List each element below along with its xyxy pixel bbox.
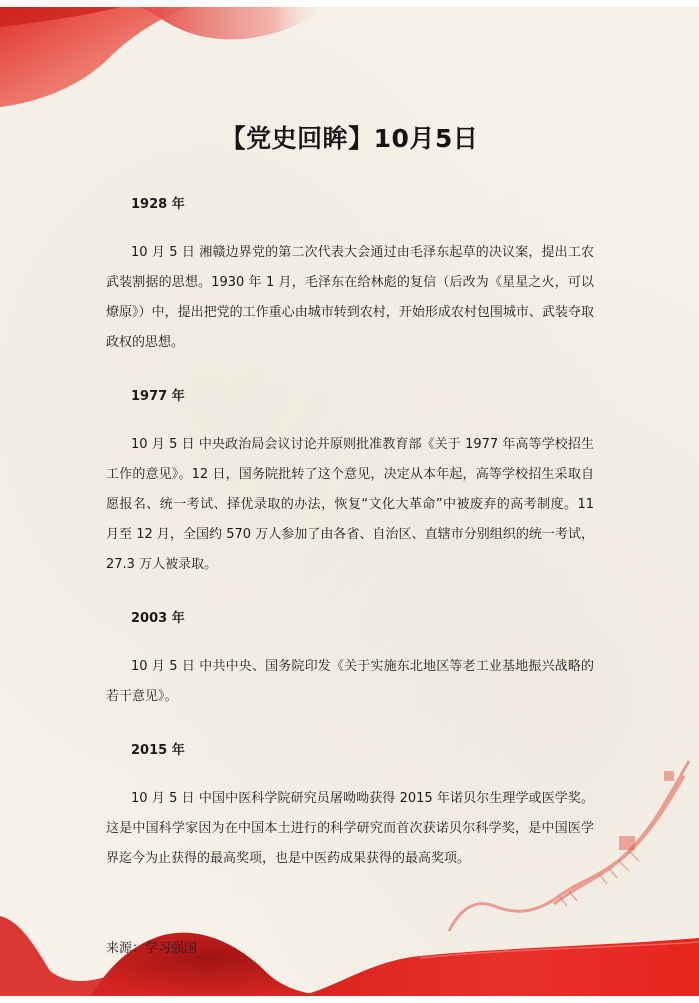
year-heading: 1928 年 xyxy=(106,190,594,220)
source-credit: 来源：学习强国 xyxy=(106,937,197,956)
section-1928: 1928 年 10 月 5 日 湘赣边界党的第二次代表大会通过由毛泽东起草的决议… xyxy=(106,190,594,358)
event-paragraph: 10 月 5 日 湘赣边界党的第二次代表大会通过由毛泽东起草的决议案，提出工农武… xyxy=(106,238,594,358)
article-body: 1928 年 10 月 5 日 湘赣边界党的第二次代表大会通过由毛泽东起草的决议… xyxy=(106,190,594,874)
red-ribbon-top-decoration xyxy=(0,7,699,127)
event-paragraph: 10 月 5 日 中共中央、国务院印发《关于实施东北地区等老工业基地振兴战略的若… xyxy=(106,652,594,712)
section-2003: 2003 年 10 月 5 日 中共中央、国务院印发《关于实施东北地区等老工业基… xyxy=(106,604,594,712)
event-paragraph: 10 月 5 日 中国中医科学院研究员屠呦呦获得 2015 年诺贝尔生理学或医学… xyxy=(106,784,594,874)
section-1977: 1977 年 10 月 5 日 中央政治局会议讨论并原则批准教育部《关于 197… xyxy=(106,382,594,580)
year-heading: 2003 年 xyxy=(106,604,594,634)
event-paragraph: 10 月 5 日 中央政治局会议讨论并原则批准教育部《关于 1977 年高等学校… xyxy=(106,430,594,580)
year-heading: 2015 年 xyxy=(106,736,594,766)
document-page: 【党史回眸】10月5日 1928 年 10 月 5 日 湘赣边界党的第二次代表大… xyxy=(0,7,699,996)
red-ribbon-bottom-decoration xyxy=(0,876,699,996)
page-title: 【党史回眸】10月5日 xyxy=(0,119,699,155)
year-heading: 1977 年 xyxy=(106,382,594,412)
section-2015: 2015 年 10 月 5 日 中国中医科学院研究员屠呦呦获得 2015 年诺贝… xyxy=(106,736,594,874)
